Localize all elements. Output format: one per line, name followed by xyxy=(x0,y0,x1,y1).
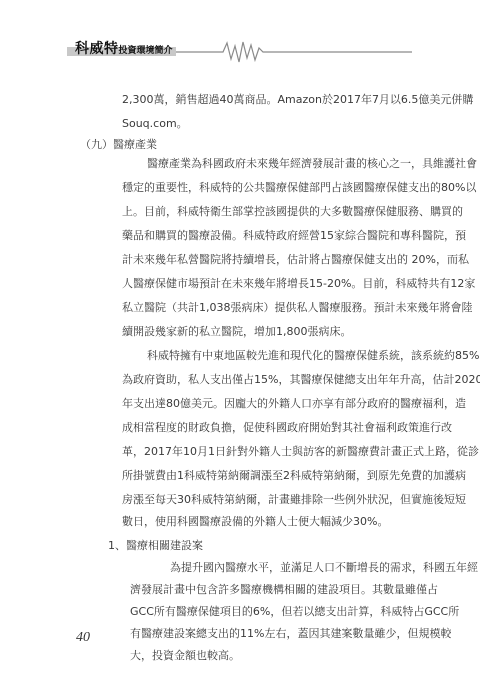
running-header: 科威特投資環境簡介 xyxy=(0,0,480,70)
text-line: 2,300萬，銷售超過40萬商品。Amazon於2017年7月以6.5億美元併購 xyxy=(0,93,480,107)
text-line: 人醫療保健市場預計在未來幾年將增長15-20%。目前，科威特共有12家 xyxy=(0,277,480,291)
header-zigzag-line-icon xyxy=(0,0,480,70)
text-line: 私立醫院（共計1,038張病床）提供私人醫療服務。預計未來幾年將會陸 xyxy=(0,301,480,315)
text-line: 年支出達80億美元。因龐大的外籍人口亦享有部分政府的醫療福利，造 xyxy=(0,397,480,411)
text-line: 房漲至每天30科威特第納爾，計畫雖排除一些例外狀況，但實施後短短 xyxy=(0,493,480,507)
text-line: 成相當程度的財政負擔，促使科國政府開始對其社會福利政策進行改 xyxy=(0,421,480,435)
text-line: GCC所有醫療保健項目的6%，但若以總支出計算，科威特占GCC所 xyxy=(0,605,480,619)
text-line: 科威特擁有中東地區較先進和現代化的醫療保健系統，該系統約85% xyxy=(0,349,480,363)
text-line: 穩定的重要性，科威特的公共醫療保健部門占該國醫療保健支出的80%以 xyxy=(0,181,480,195)
text-line: 續開設幾家新的私立醫院，增加1,800張病床。 xyxy=(0,325,480,339)
page-number: 40 xyxy=(76,630,90,646)
section-heading: （九）醫療產業 xyxy=(80,138,157,152)
text-line: 醫療產業為科國政府未來幾年經濟發展計畫的核心之一，具維護社會 xyxy=(0,157,480,171)
text-line: 藥品和購買的醫療設備。科威特政府經營15家綜合醫院和專科醫院，預 xyxy=(0,229,480,243)
text-line: 濟發展計畫中包含許多醫療機構相關的建設項目。其數量雖僅占 xyxy=(0,583,480,597)
text-line: 為提升國內醫療水平，並滿足人口不斷增長的需求，科國五年經 xyxy=(0,561,480,575)
text-line: 數日，使用科國醫療設備的外籍人士便大幅減少30%。 xyxy=(0,515,480,529)
text-line: 上。目前，科威特衛生部掌控該國提供的大多數醫療保健服務、購買的 xyxy=(0,205,480,219)
text-line: 大，投資金額也較高。 xyxy=(0,649,480,663)
text-line: 革，2017年10月1日針對外籍人士與訪客的新醫療費計畫正式上路，從診 xyxy=(0,445,480,459)
text-line: 有醫療建設案總支出的11%左右，蓋因其建案數量雖少，但規模較 xyxy=(0,627,480,641)
text-line: 所掛號費由1科威特第納爾調漲至2科威特第納爾，到原先免費的加護病 xyxy=(0,469,480,483)
text-line: 為政府資助，私人支出僅占15%，其醫療保健總支出年年升高，估計2020 xyxy=(0,373,480,387)
list-item-heading: 1、醫療相關建設案 xyxy=(108,539,203,553)
text-line: 計未來幾年私營醫院將持續增長，估計將占醫療保健支出的 20%，而私 xyxy=(0,253,480,267)
text-line: Souq.com。 xyxy=(0,117,480,131)
